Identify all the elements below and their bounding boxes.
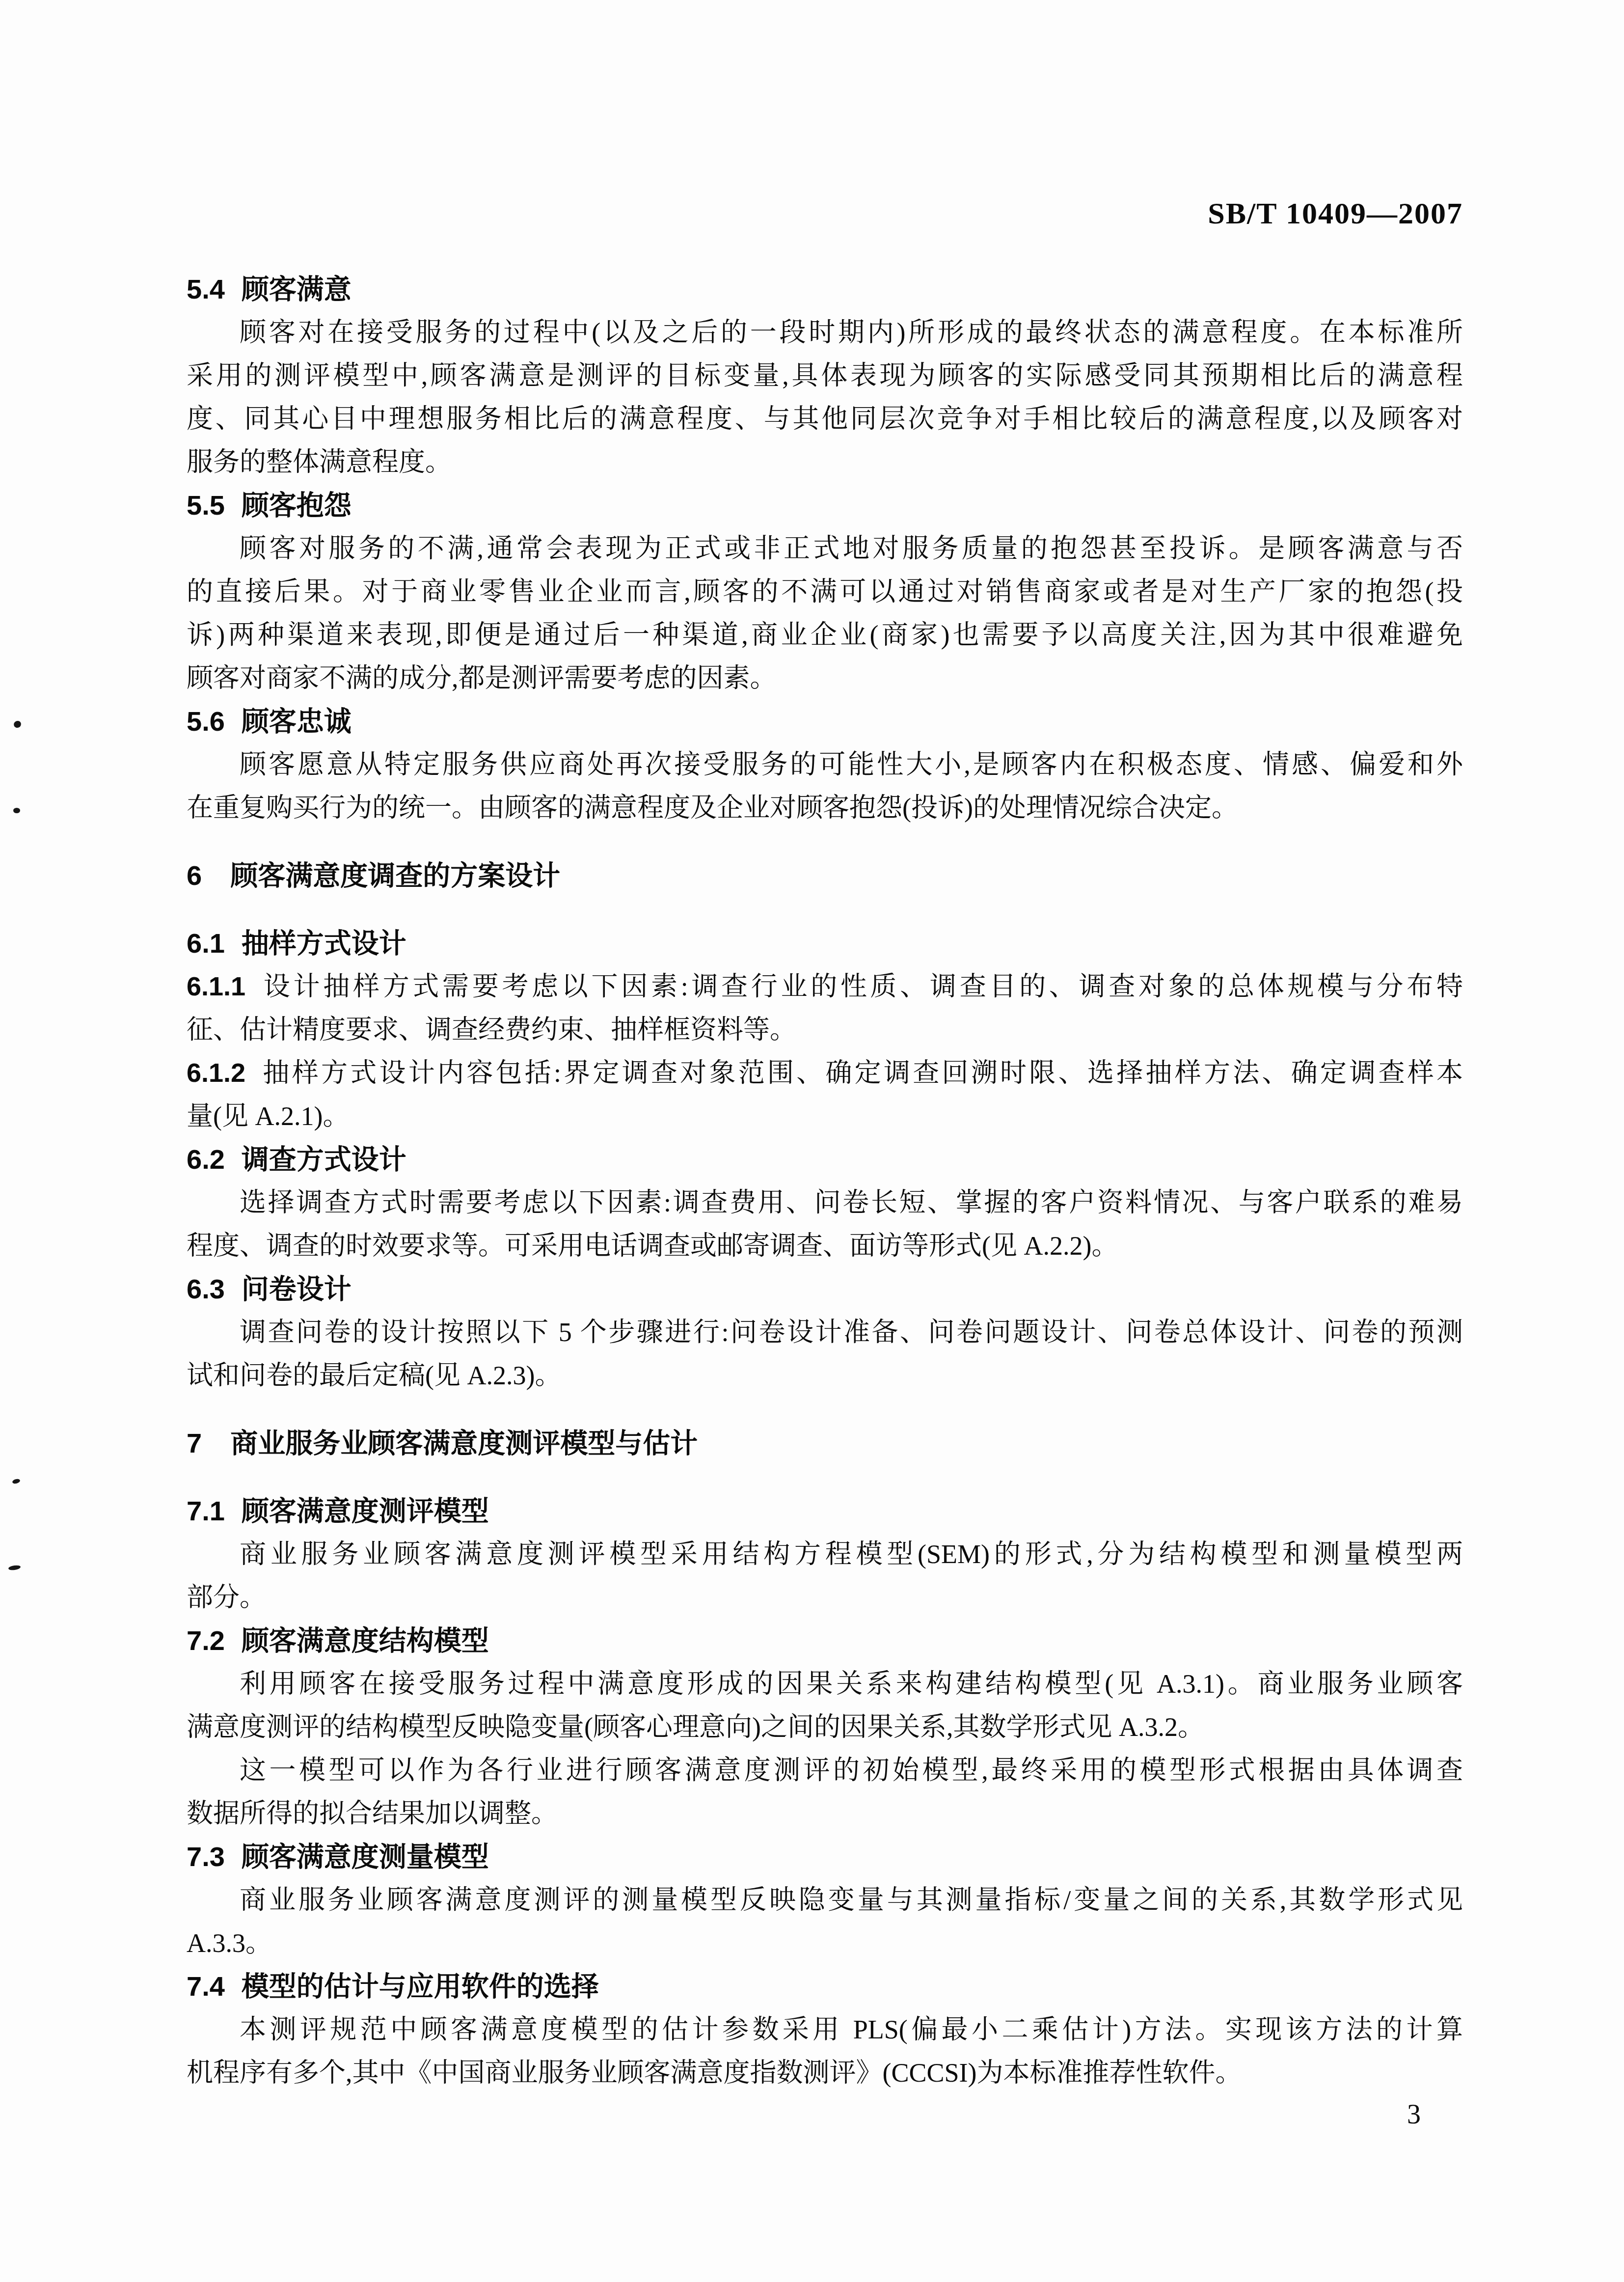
ink-speck (12, 1478, 21, 1485)
text-line: 的直接后果。对于商业零售业企业而言,顾客的不满可以通过对销售商家或者是对生产厂家… (187, 570, 1463, 613)
text-line: 选择调查方式时需要考虑以下因素:调查费用、问卷长短、掌握的客户资料情况、与客户联… (187, 1181, 1463, 1224)
clause-title: 顾客抱怨 (242, 490, 352, 521)
text-line: 6.1.2抽样方式设计内容包括:界定调查对象范围、确定调查回溯时限、选择抽样方法… (187, 1051, 1463, 1095)
text-line: 6.1.1设计抽样方式需要考虑以下因素:调查行业的性质、调查目的、调查对象的总体… (187, 965, 1463, 1008)
chapter-number: 7 (187, 1428, 202, 1458)
text-line: 商业服务业顾客满意度测评模型采用结构方程模型(SEM)的形式,分为结构模型和测量… (187, 1533, 1463, 1576)
clause-heading-5-5: 5.5顾客抱怨 (187, 484, 1463, 527)
chapter-title: 商业服务业顾客满意度测评模型与估计 (230, 1428, 698, 1458)
document-page: SB/T 10409—2007 5.4顾客满意 顾客对在接受服务的过程中(以及之… (0, 0, 1624, 2282)
text-line: 机程序有多个,其中《中国商业服务业顾客满意度指数测评》(CCCSI)为本标准推荐… (187, 2051, 1463, 2094)
text-run: 抽样方式设计内容包括:界定调查对象范围、确定调查回溯时限、选择抽样方法、确定调查… (260, 1058, 1463, 1088)
clause-number: 7.3 (187, 1841, 225, 1872)
text-line: 试和问卷的最后定稿(见 A.2.3)。 (187, 1354, 1463, 1397)
clause-title: 抽样方式设计 (242, 928, 406, 959)
clause-number: 6.1 (187, 928, 225, 959)
clause-heading-7-2: 7.2顾客满意度结构模型 (187, 1619, 1463, 1662)
text-line: 满意度测评的结构模型反映隐变量(顾客心理意向)之间的因果关系,其数学形式见 A.… (187, 1705, 1463, 1749)
clause-heading-7-4: 7.4模型的估计与应用软件的选择 (187, 1965, 1463, 2008)
clause-number: 7.4 (187, 1971, 225, 2002)
clause-title: 顾客满意度测量模型 (242, 1841, 489, 1872)
text-line: 采用的测评模型中,顾客满意是测评的目标变量,具体表现为顾客的实际感受同其预期相比… (187, 354, 1463, 397)
clause-number: 5.5 (187, 490, 225, 521)
running-header-standard-code: SB/T 10409—2007 (187, 196, 1463, 231)
text-line: 部分。 (187, 1576, 1463, 1619)
subclause-number: 6.1.2 (187, 1058, 245, 1088)
clause-number: 5.4 (187, 274, 225, 304)
text-line: 顾客对在接受服务的过程中(以及之后的一段时期内)所形成的最终状态的满意程度。在本… (187, 311, 1463, 354)
ink-speck (13, 808, 20, 813)
clause-title: 顾客满意 (242, 274, 352, 304)
clause-heading-7-3: 7.3顾客满意度测量模型 (187, 1835, 1463, 1878)
clause-heading-5-4: 5.4顾客满意 (187, 268, 1463, 311)
clause-number: 7.2 (187, 1625, 225, 1656)
text-line: 数据所得的拟合结果加以调整。 (187, 1792, 1463, 1835)
clause-title: 问卷设计 (242, 1273, 352, 1304)
clause-number: 5.6 (187, 706, 225, 737)
text-line: 度、同其心目中理想服务相比后的满意程度、与其他同层次竞争对手相比较后的满意程度,… (187, 397, 1463, 440)
text-line: 这一模型可以作为各行业进行顾客满意度测评的初始模型,最终采用的模型形式根据由具体… (187, 1749, 1463, 1792)
text-line: 调查问卷的设计按照以下 5 个步骤进行:问卷设计准备、问卷问题设计、问卷总体设计… (187, 1311, 1463, 1354)
text-line: 量(见 A.2.1)。 (187, 1095, 1463, 1138)
text-run: 设计抽样方式需要考虑以下因素:调查行业的性质、调查目的、调查对象的总体规模与分布… (260, 972, 1463, 1001)
chapter-heading-6: 6顾客满意度调查的方案设计 (187, 854, 1463, 897)
text-line: A.3.3。 (187, 1922, 1463, 1965)
text-line: 顾客对商家不满的成分,都是测评需要考虑的因素。 (187, 657, 1463, 700)
clause-title: 顾客满意度结构模型 (242, 1625, 489, 1656)
clause-heading-5-6: 5.6顾客忠诚 (187, 700, 1463, 743)
clause-title: 调查方式设计 (242, 1144, 406, 1175)
chapter-heading-7: 7商业服务业顾客满意度测评模型与估计 (187, 1422, 1463, 1465)
clause-title: 模型的估计与应用软件的选择 (242, 1971, 599, 2002)
clause-number: 7.1 (187, 1495, 225, 1526)
text-line: 顾客对服务的不满,通常会表现为正式或非正式地对服务质量的抱怨甚至投诉。是顾客满意… (187, 527, 1463, 570)
clause-heading-7-1: 7.1顾客满意度测评模型 (187, 1489, 1463, 1533)
text-line: 商业服务业顾客满意度测评的测量模型反映隐变量与其测量指标/变量之间的关系,其数学… (187, 1878, 1463, 1922)
document-body: 5.4顾客满意 顾客对在接受服务的过程中(以及之后的一段时期内)所形成的最终状态… (187, 268, 1463, 2094)
text-line: 征、估计精度要求、调查经费约束、抽样框资料等。 (187, 1008, 1463, 1051)
clause-number: 6.3 (187, 1273, 225, 1304)
page-number: 3 (1394, 2093, 1434, 2136)
clause-heading-6-3: 6.3问卷设计 (187, 1267, 1463, 1311)
clause-heading-6-2: 6.2调查方式设计 (187, 1138, 1463, 1181)
clause-title: 顾客忠诚 (242, 706, 352, 737)
text-line: 服务的整体满意程度。 (187, 440, 1463, 484)
text-line: 在重复购买行为的统一。由顾客的满意程度及企业对顾客抱怨(投诉)的处理情况综合决定… (187, 786, 1463, 829)
chapter-number: 6 (187, 860, 202, 891)
chapter-title: 顾客满意度调查的方案设计 (230, 860, 560, 891)
subclause-number: 6.1.1 (187, 972, 245, 1001)
text-line: 诉)两种渠道来表现,即便是通过后一种渠道,商业企业(商家)也需要予以高度关注,因… (187, 613, 1463, 657)
text-line: 程度、调查的时效要求等。可采用电话调查或邮寄调查、面访等形式(见 A.2.2)。 (187, 1224, 1463, 1267)
text-line: 本测评规范中顾客满意度模型的估计参数采用 PLS(偏最小二乘估计)方法。实现该方… (187, 2008, 1463, 2051)
clause-heading-6-1: 6.1抽样方式设计 (187, 922, 1463, 965)
clause-number: 6.2 (187, 1144, 225, 1175)
text-line: 顾客愿意从特定服务供应商处再次接受服务的可能性大小,是顾客内在积极态度、情感、偏… (187, 743, 1463, 786)
text-line: 利用顾客在接受服务过程中满意度形成的因果关系来构建结构模型(见 A.3.1)。商… (187, 1662, 1463, 1705)
clause-title: 顾客满意度测评模型 (242, 1495, 489, 1526)
ink-speck (13, 719, 23, 729)
ink-speck (8, 1565, 21, 1570)
